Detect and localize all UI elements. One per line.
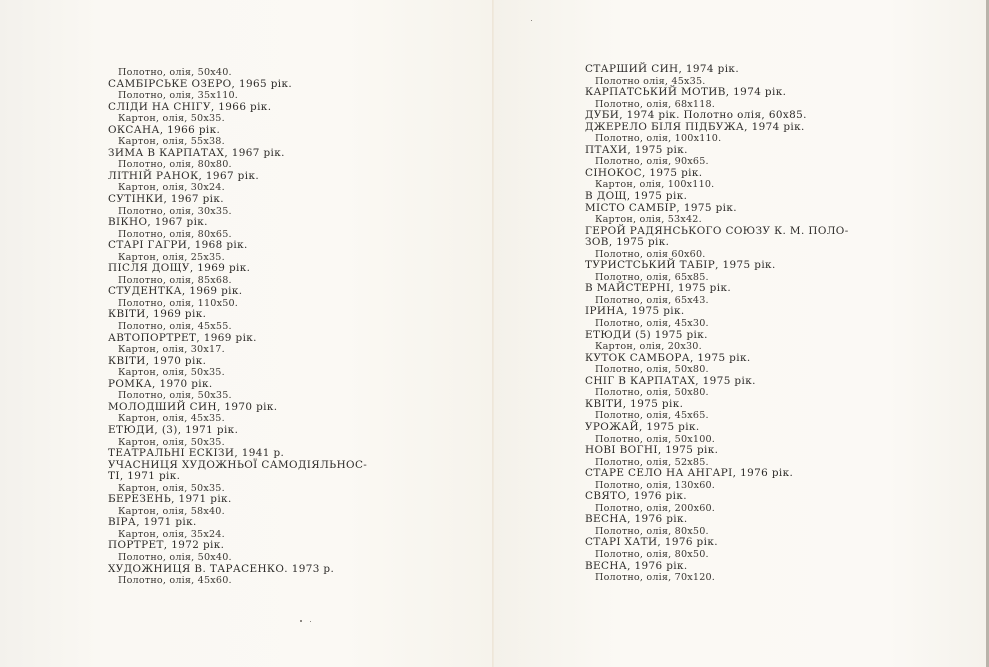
artwork-title: МІСТО САМБІР, 1975 рік. [585,203,885,215]
right-page: СТАРШИЙ СИН, 1974 рік.Полотно олія, 45х3… [494,0,987,667]
artwork-title: НОВІ ВОГНІ, 1975 рік. [585,445,885,457]
artwork-title: ВІРА, 1971 рік. [108,517,408,529]
artwork-title: В МАЙСТЕРНІ, 1975 рік. [585,283,885,295]
left-page: Полотно, олія, 50х40.САМБІРСЬКЕ ОЗЕРО, 1… [0,0,492,667]
artwork-medium-size: Полотно, олія, 45х30. [585,318,885,330]
artwork-title: СТАРІ ГАГРИ, 1968 рік. [108,240,408,252]
artwork-title: РОМКА, 1970 рік. [108,379,408,391]
artwork-medium-size: Полотно, олія, 70х120. [585,572,885,584]
artwork-title: ОКСАНА, 1966 рік. [108,125,408,137]
artwork-title: ТУРИСТСЬКИЙ ТАБІР, 1975 рік. [585,260,885,272]
artwork-title: ХУДОЖНИЦЯ В. ТАРАСЕНКО. 1973 р. [108,564,408,576]
artwork-medium-size: Картон, олія, 50х35. [108,113,408,125]
artwork-title: ЗОВ, 1975 рік. [585,237,885,249]
artwork-title: ТІ, 1971 рік. [108,471,408,483]
artwork-title: В ДОЩ, 1975 рік. [585,191,885,203]
artwork-title: ЕТЮДИ (5) 1975 рік. [585,330,885,342]
artwork-title: ЗИМА В КАРПАТАХ, 1967 рік. [108,148,408,160]
artwork-medium-size: Картон, олія, 30х17. [108,344,408,356]
artwork-title: ПТАХИ, 1975 рік. [585,145,885,157]
artwork-title: ДЖЕРЕЛО БІЛЯ ПІДБУЖА, 1974 рік. [585,122,885,134]
artwork-medium-size: Полотно, олія, 50х40. [108,67,408,79]
artwork-title: СНІГ В КАРПАТАХ, 1975 рік. [585,376,885,388]
artwork-title: МОЛОДШИЙ СИН, 1970 рік. [108,402,408,414]
artwork-title: ІРИНА, 1975 рік. [585,306,885,318]
artwork-title: СТАРШИЙ СИН, 1974 рік. [585,64,885,76]
artwork-title: КВІТИ, 1969 рік. [108,309,408,321]
artwork-title: САМБІРСЬКЕ ОЗЕРО, 1965 рік. [108,79,408,91]
artwork-title: ВЕСНА, 1976 рік. [585,561,885,573]
artwork-title: АВТОПОРТРЕТ, 1969 рік. [108,333,408,345]
right-catalog-column: СТАРШИЙ СИН, 1974 рік.Полотно олія, 45х3… [585,64,885,584]
artwork-title: ДУБИ, 1974 рік. Полотно олія, 60х85. [585,110,885,122]
paper-speck [310,621,311,622]
artwork-title: УРОЖАЙ, 1975 рік. [585,422,885,434]
artwork-title: БЕРЕЗЕНЬ, 1971 рік. [108,494,408,506]
artwork-title: СТУДЕНТКА, 1969 рік. [108,286,408,298]
artwork-medium-size: Полотно, олія, 80х50. [585,549,885,561]
artwork-title: КВІТИ, 1975 рік. [585,399,885,411]
artwork-title: КВІТИ, 1970 рік. [108,356,408,368]
artwork-title: СТАРЕ СЕЛО НА АНГАРІ, 1976 рік. [585,468,885,480]
artwork-title: ТЕАТРАЛЬНІ ЕСКІЗИ, 1941 р. [108,448,408,460]
artwork-medium-size: Полотно, олія, 45х60. [108,575,408,587]
artwork-medium-size: Картон, олія, 53х42. [585,214,885,226]
artwork-title: СТАРІ ХАТИ, 1976 рік. [585,537,885,549]
artwork-title: ЕТЮДИ, (3), 1971 рік. [108,425,408,437]
paper-speck [531,20,532,21]
artwork-title: ПОРТРЕТ, 1972 рік. [108,540,408,552]
artwork-medium-size: Полотно, олія, 45х55. [108,321,408,333]
artwork-title: СЛІДИ НА СНІГУ, 1966 рік. [108,102,408,114]
artwork-medium-size: Картон, олія, 20х30. [585,341,885,353]
artwork-title: КАРПАТСЬКИЙ МОТИВ, 1974 рік. [585,87,885,99]
artwork-medium-size: Полотно, олія, 50х40. [108,552,408,564]
artwork-title: ВІКНО, 1967 рік. [108,217,408,229]
artwork-title: СІНОКОС, 1975 рік. [585,168,885,180]
artwork-title: СУТІНКИ, 1967 рік. [108,194,408,206]
artwork-title: КУТОК САМБОРА, 1975 рік. [585,353,885,365]
left-catalog-column: Полотно, олія, 50х40.САМБІРСЬКЕ ОЗЕРО, 1… [108,67,408,587]
artwork-title: ПІСЛЯ ДОЩУ, 1969 рік. [108,263,408,275]
paper-speck [300,620,302,622]
artwork-title: ВЕСНА, 1976 рік. [585,514,885,526]
artwork-medium-size: Полотно, олія, 35х110. [108,90,408,102]
artwork-title: ЛІТНІЙ РАНОК, 1967 рік. [108,171,408,183]
artwork-title: СВЯТО, 1976 рік. [585,491,885,503]
